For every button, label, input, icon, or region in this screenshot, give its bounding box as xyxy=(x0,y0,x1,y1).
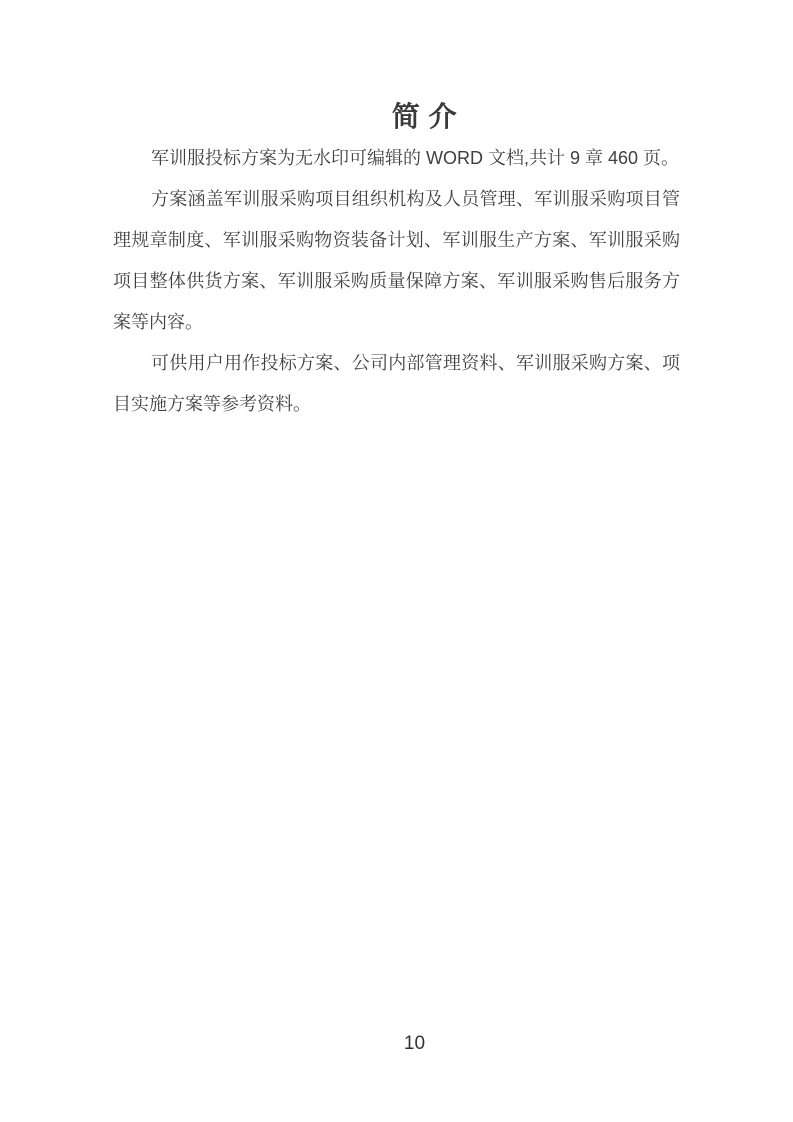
page-number: 10 xyxy=(0,1033,793,1055)
document-title: 简 介 xyxy=(113,96,680,138)
paragraph-usage: 可供用户用作投标方案、公司内部管理资料、军训服采购方案、项目实施方案等参考资料。 xyxy=(113,343,680,425)
paragraph-intro: 军训服投标方案为无水印可编辑的 WORD 文档,共计 9 章 460 页。 xyxy=(113,138,680,179)
paragraph-coverage: 方案涵盖军训服采购项目组织机构及人员管理、军训服采购项目管理规章制度、军训服采购… xyxy=(113,179,680,343)
document-page: 简 介 军训服投标方案为无水印可编辑的 WORD 文档,共计 9 章 460 页… xyxy=(0,0,793,1122)
document-content: 简 介 军训服投标方案为无水印可编辑的 WORD 文档,共计 9 章 460 页… xyxy=(113,96,680,425)
